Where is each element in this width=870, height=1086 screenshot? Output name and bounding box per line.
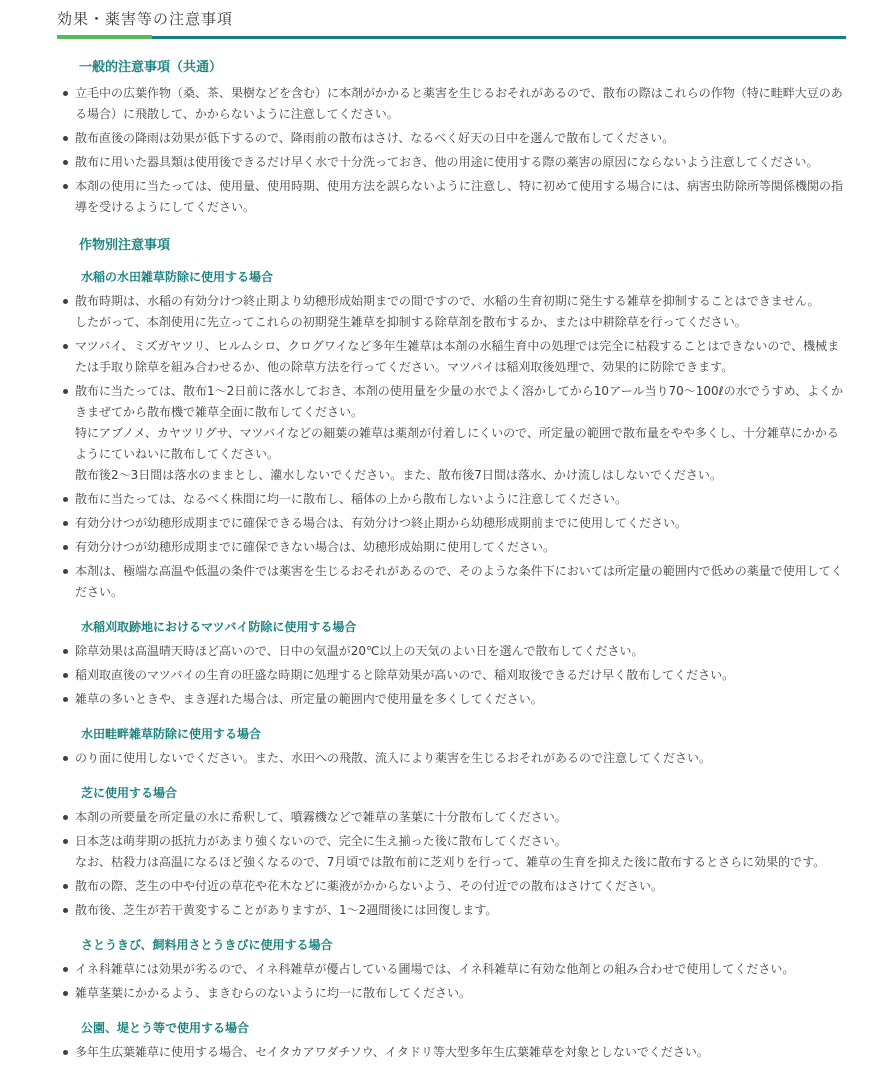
bullet-text: 散布の際、芝生の中や付近の草花や花木などに薬液がかからないよう、その付近での散布… — [75, 876, 846, 897]
subsection-heading-paddy: 水稲の水田雑草防除に使用する場合 — [81, 268, 846, 285]
list-item: 本剤は、極端な高温や低温の条件では薬害を生じるおそれがあるので、そのような条件下… — [75, 561, 846, 603]
bullet-list-sugarcane: イネ科雑草には効果が劣るので、イネ科雑草が優占している圃場では、イネ科雑草に有効… — [57, 959, 846, 1004]
list-item: 散布に当たっては、なるべく株間に均一に散布し、稲体の上から散布しないように注意し… — [75, 489, 846, 510]
bullet-text: 日本芝は萌芽期の抵抗力があまり強くないので、完全に生え揃った後に散布してください… — [75, 831, 846, 852]
bullet-text: マツバイ、ミズガヤツリ、ヒルムシロ、クログワイなど多年生雑草は本剤の水稲生育中の… — [75, 336, 846, 378]
subsection-heading-stubble: 水稲刈取跡地におけるマツバイ防除に使用する場合 — [81, 618, 846, 635]
subsection-heading-park: 公園、堤とう等で使用する場合 — [81, 1019, 846, 1036]
bullet-text: 散布直後の降雨は効果が低下するので、降雨前の散布はさけ、なるべく好天の日中を選ん… — [75, 128, 846, 149]
bullet-text: 立毛中の広葉作物（桑、茶、果樹などを含む）に本剤がかかると薬害を生じるおそれがあ… — [75, 83, 846, 125]
list-item: 雑草茎葉にかかるよう、まきむらのないように均一に散布してください。 — [75, 983, 846, 1004]
bullet-text-continued: 散布後2～3日間は落水のままとし、灌水しないでください。また、散布後7日間は落水… — [75, 465, 846, 486]
title-underline-teal — [57, 36, 846, 39]
bullet-list-turf: 本剤の所要量を所定量の水に希釈して、噴霧機などで雑草の茎葉に十分散布してください… — [57, 807, 846, 921]
list-item: 有効分けつが幼穂形成期までに確保できる場合は、有効分けつ終止期から幼穂形成期前ま… — [75, 513, 846, 534]
bullet-text: 本剤の所要量を所定量の水に希釈して、噴霧機などで雑草の茎葉に十分散布してください… — [75, 807, 846, 828]
list-item: 稲刈取直後のマツバイの生育の旺盛な時期に処理すると除草効果が高いので、稲刈取後で… — [75, 665, 846, 686]
list-item: 雑草の多いときや、まき遅れた場合は、所定量の範囲内で使用量を多くしてください。 — [75, 689, 846, 710]
bullet-list-park: 多年生広葉雑草に使用する場合、セイタカアワダチソウ、イタドリ等大型多年生広葉雑草… — [57, 1042, 846, 1063]
list-item: 本剤の所要量を所定量の水に希釈して、噴霧機などで雑草の茎葉に十分散布してください… — [75, 807, 846, 828]
list-item: 本剤の使用に当たっては、使用量、使用時期、使用方法を誤らないように注意し、特に初… — [75, 176, 846, 218]
bullet-text-continued: なお、枯殺力は高温になるほど強くなるので、7月頃では散布前に芝刈りを行って、雑草… — [75, 852, 846, 873]
title-underline — [57, 36, 846, 40]
list-item: 散布後、芝生が若干黄変することがありますが、1～2週間後には回復します。 — [75, 900, 846, 921]
bullet-text: 多年生広葉雑草に使用する場合、セイタカアワダチソウ、イタドリ等大型多年生広葉雑草… — [75, 1042, 846, 1063]
bullet-text: 雑草の多いときや、まき遅れた場合は、所定量の範囲内で使用量を多くしてください。 — [75, 689, 846, 710]
bullet-text: 散布後、芝生が若干黄変することがありますが、1～2週間後には回復します。 — [75, 900, 846, 921]
subsection-heading-levee: 水田畦畔雑草防除に使用する場合 — [81, 725, 846, 742]
bullet-text: 散布に用いた器具類は使用後できるだけ早く水で十分洗っておき、他の用途に使用する際… — [75, 152, 846, 173]
subsection-turf-use: 芝に使用する場合 本剤の所要量を所定量の水に希釈して、噴霧機などで雑草の茎葉に十… — [57, 784, 846, 921]
subsection-heading-sugarcane: さとうきび、飼料用さとうきびに使用する場合 — [81, 936, 846, 953]
bullet-text: のり面に使用しないでください。また、水田への飛散、流入により薬害を生じるおそれが… — [75, 748, 846, 769]
bullet-list-general: 立毛中の広葉作物（桑、茶、果樹などを含む）に本剤がかかると薬害を生じるおそれがあ… — [57, 83, 846, 218]
bullet-text: 雑草茎葉にかかるよう、まきむらのないように均一に散布してください。 — [75, 983, 846, 1004]
bullet-text-continued: 特にアブノメ、カヤツリグサ、マツバイなどの細葉の雑草は薬剤が付着しにくいので、所… — [75, 423, 846, 465]
subsection-paddy-weed-control: 水稲の水田雑草防除に使用する場合 散布時期は、水稲の有効分けつ終止期より幼穂形成… — [57, 268, 846, 603]
bullet-text: 散布に当たっては、なるべく株間に均一に散布し、稲体の上から散布しないように注意し… — [75, 489, 846, 510]
page-title: 効果・薬害等の注意事項 — [57, 8, 846, 29]
list-item: 除草効果は高温晴天時ほど高いので、日中の気温が20℃以上の天気のよい日を選んで散… — [75, 641, 846, 662]
bullet-text: 稲刈取直後のマツバイの生育の旺盛な時期に処理すると除草効果が高いので、稲刈取後で… — [75, 665, 846, 686]
document-page: 効果・薬害等の注意事項 一般的注意事項（共通） 立毛中の広葉作物（桑、茶、果樹な… — [0, 0, 870, 1086]
bullet-text: 本剤は、極端な高温や低温の条件では薬害を生じるおそれがあるので、そのような条件下… — [75, 561, 846, 603]
section-heading-general: 一般的注意事項（共通） — [79, 56, 846, 75]
list-item: イネ科雑草には効果が劣るので、イネ科雑草が優占している圃場では、イネ科雑草に有効… — [75, 959, 846, 980]
subsection-heading-turf: 芝に使用する場合 — [81, 784, 846, 801]
list-item: 散布の際、芝生の中や付近の草花や花木などに薬液がかからないよう、その付近での散布… — [75, 876, 846, 897]
subsection-sugarcane-use: さとうきび、飼料用さとうきびに使用する場合 イネ科雑草には効果が劣るので、イネ科… — [57, 936, 846, 1004]
bullet-text: イネ科雑草には効果が劣るので、イネ科雑草が優占している圃場では、イネ科雑草に有効… — [75, 959, 846, 980]
list-item: 立毛中の広葉作物（桑、茶、果樹などを含む）に本剤がかかると薬害を生じるおそれがあ… — [75, 83, 846, 125]
subsection-park-use: 公園、堤とう等で使用する場合 多年生広葉雑草に使用する場合、セイタカアワダチソウ… — [57, 1019, 846, 1063]
list-item: 多年生広葉雑草に使用する場合、セイタカアワダチソウ、イタドリ等大型多年生広葉雑草… — [75, 1042, 846, 1063]
section-bycrop-precautions: 作物別注意事項 水稲の水田雑草防除に使用する場合 散布時期は、水稲の有効分けつ終… — [57, 234, 846, 1063]
bullet-text: 除草効果は高温晴天時ほど高いので、日中の気温が20℃以上の天気のよい日を選んで散… — [75, 641, 846, 662]
bullet-text: 有効分けつが幼穂形成期までに確保できない場合は、幼穂形成始期に使用してください。 — [75, 537, 846, 558]
list-item: マツバイ、ミズガヤツリ、ヒルムシロ、クログワイなど多年生雑草は本剤の水稲生育中の… — [75, 336, 846, 378]
subsection-stubble-matsubai-control: 水稲刈取跡地におけるマツバイ防除に使用する場合 除草効果は高温晴天時ほど高いので… — [57, 618, 846, 710]
bullet-text: 本剤の使用に当たっては、使用量、使用時期、使用方法を誤らないように注意し、特に初… — [75, 176, 846, 218]
list-item: 散布時期は、水稲の有効分けつ終止期より幼穂形成始期までの間ですので、水稲の生育初… — [75, 291, 846, 333]
list-item: 散布に用いた器具類は使用後できるだけ早く水で十分洗っておき、他の用途に使用する際… — [75, 152, 846, 173]
section-general-precautions: 一般的注意事項（共通） 立毛中の広葉作物（桑、茶、果樹などを含む）に本剤がかかる… — [57, 56, 846, 218]
bullet-text: 散布に当たっては、散布1～2日前に落水しておき、本剤の使用量を少量の水でよく溶か… — [75, 381, 846, 423]
list-item: 有効分けつが幼穂形成期までに確保できない場合は、幼穂形成始期に使用してください。 — [75, 537, 846, 558]
list-item: 散布に当たっては、散布1～2日前に落水しておき、本剤の使用量を少量の水でよく溶か… — [75, 381, 846, 486]
list-item: 散布直後の降雨は効果が低下するので、降雨前の散布はさけ、なるべく好天の日中を選ん… — [75, 128, 846, 149]
bullet-text: 散布時期は、水稲の有効分けつ終止期より幼穂形成始期までの間ですので、水稲の生育初… — [75, 291, 846, 312]
list-item: のり面に使用しないでください。また、水田への飛散、流入により薬害を生じるおそれが… — [75, 748, 846, 769]
bullet-list-stubble: 除草効果は高温晴天時ほど高いので、日中の気温が20℃以上の天気のよい日を選んで散… — [57, 641, 846, 710]
list-item: 日本芝は萌芽期の抵抗力があまり強くないので、完全に生え揃った後に散布してください… — [75, 831, 846, 873]
subsection-levee-weed-control: 水田畦畔雑草防除に使用する場合 のり面に使用しないでください。また、水田への飛散… — [57, 725, 846, 769]
title-underline-green-accent — [57, 35, 152, 39]
bullet-text-continued: したがって、本剤使用に先立ってこれらの初期発生雑草を抑制する除草剤を散布するか、… — [75, 312, 846, 333]
bullet-list-paddy: 散布時期は、水稲の有効分けつ終止期より幼穂形成始期までの間ですので、水稲の生育初… — [57, 291, 846, 603]
section-heading-bycrop: 作物別注意事項 — [79, 234, 846, 253]
bullet-text: 有効分けつが幼穂形成期までに確保できる場合は、有効分けつ終止期から幼穂形成期前ま… — [75, 513, 846, 534]
bullet-list-levee: のり面に使用しないでください。また、水田への飛散、流入により薬害を生じるおそれが… — [57, 748, 846, 769]
